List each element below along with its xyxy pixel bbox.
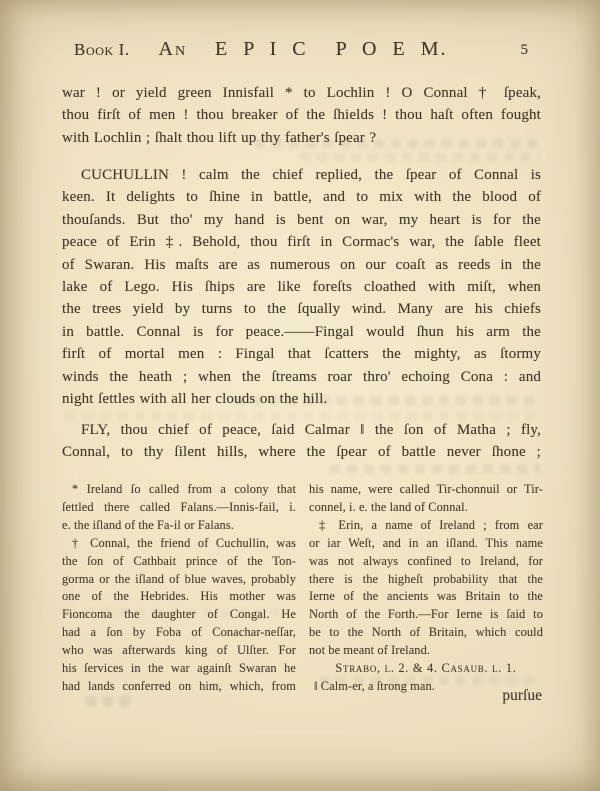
paragraph-cuchullin-reply: CUCHULLIN ! calm the chief replied, the … (62, 164, 541, 410)
text-line: be to the North of Britain, which could (309, 624, 543, 642)
text-line: the ſon of Cathbait prince of the Ton- (62, 553, 296, 571)
text-line: had a ſon by Foba of Conachar-neſſar, (62, 624, 296, 642)
text-line: FLY, thou chief of peace, ſaid Calmar ‖ … (62, 419, 541, 441)
text-line: the trees yield by turns to the ſqually … (62, 298, 541, 320)
text-line: his name, were called Tir-chonnuil or Ti… (309, 481, 543, 499)
text-line: Ierne of the ancients was Britain to the (309, 588, 543, 606)
text-line: war ! or yield green Innisfail * to Loch… (62, 82, 541, 104)
show-through-texture (300, 153, 540, 162)
text-line: had lands conferred on him, which, from (62, 678, 296, 696)
text-line: thouſands. But tho' my hand is bent on w… (62, 209, 541, 231)
page-number: 5 (521, 42, 529, 59)
text-line: who was afterwards king of Ulſter. For (62, 642, 296, 660)
footnotes-section: * Ireland ſo called from a colony thatſe… (62, 481, 543, 696)
text-line: with Lochlin ; ſhalt thou lift up thy fa… (62, 127, 541, 149)
text-line: † Connal, the friend of Cuchullin, was (62, 535, 296, 553)
text-line: was not always confined to Ireland, for (309, 553, 543, 571)
show-through-texture (330, 465, 540, 474)
show-through-texture (86, 696, 134, 707)
catchword: purſue (502, 687, 542, 705)
text-line: Strabo, l. 2. & 4. Casaub. l. 1. (309, 660, 543, 678)
text-line: North of the Forth.—For Ierne is ſaid to (309, 606, 543, 624)
paragraph-calmar-fly: FLY, thou chief of peace, ſaid Calmar ‖ … (62, 419, 541, 464)
text-line: thou firſt of men ! thou breaker of the … (62, 104, 541, 126)
text-line: CUCHULLIN ! calm the chief replied, the … (62, 164, 541, 186)
text-line: keen. It delights to ſhine in battle, an… (62, 186, 541, 208)
text-line: Connal, to thy ſilent hills, where the ſ… (62, 441, 541, 463)
footnote-column-right: his name, were called Tir-chonnuil or Ti… (309, 481, 543, 696)
text-line: winds the heath ; when the ſtreams roar … (62, 366, 541, 388)
paragraph-war-or-yield: war ! or yield green Innisfail * to Loch… (62, 82, 541, 149)
text-line: of Swaran. His maſts are as numerous on … (62, 254, 541, 276)
text-line: gorma or the iſland of blue waves, proba… (62, 571, 296, 589)
text-line: lake of Lego. His ſhips are like foreſts… (62, 276, 541, 298)
book-page: Book I. An E P I C P O E M. 5 war ! or y… (0, 0, 600, 791)
text-line: in battle. Connal is for peace.——Fingal … (62, 321, 541, 343)
text-line: peace of Erin ‡. Behold, thou firſt in C… (62, 231, 541, 253)
running-header: Book I. An E P I C P O E M. 5 (62, 38, 544, 62)
text-line: or iar Weſt, and in an iſland. This name (309, 535, 543, 553)
text-line: connel, i. e. the land of Connal. (309, 499, 543, 517)
text-line: one of the Hebrides. His mother was (62, 588, 296, 606)
text-line: night ſettles with all her clouds on the… (62, 388, 541, 410)
text-line: e. the iſland of the Fa-il or Falans. (62, 517, 296, 535)
text-line: * Ireland ſo called from a colony that (62, 481, 296, 499)
text-line: ſettled there called Falans.—Innis-fail,… (62, 499, 296, 517)
text-line: his ſervices in the war againſt Swaran h… (62, 660, 296, 678)
text-line: there is the higheſt probability that th… (309, 571, 543, 589)
text-line: ‡ Erin, a name of Ireland ; from ear (309, 517, 543, 535)
footnote-column-left: * Ireland ſo called from a colony thatſe… (62, 481, 296, 696)
page-title: An E P I C P O E M. (62, 38, 544, 61)
text-line: Fioncoma the daughter of Congal. He (62, 606, 296, 624)
text-line: firſt of mortal men : Fingal that ſcatte… (62, 343, 541, 365)
text-line: not be meant of Ireland. (309, 642, 543, 660)
